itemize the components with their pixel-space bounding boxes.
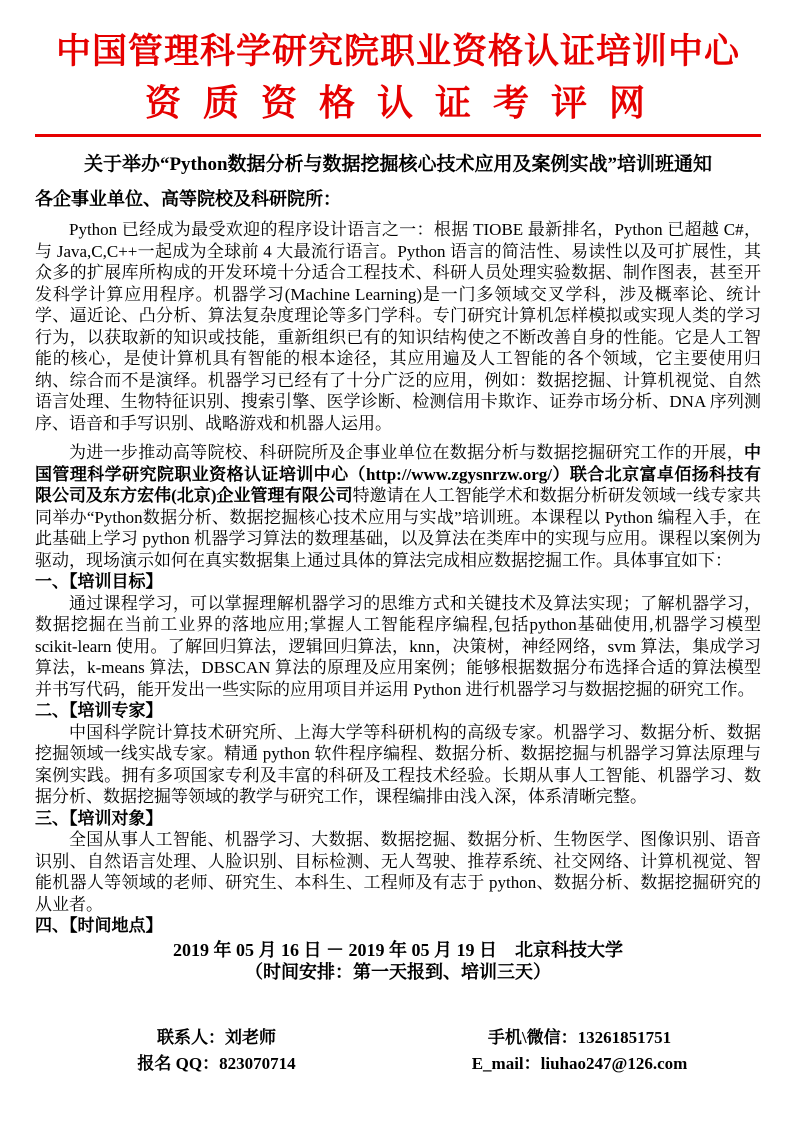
section-training-experts: 二、【培训专家】 中国科学院计算技术研究所、上海大学等科研机构的高级专家。机器学… <box>35 700 761 808</box>
schedule-date-line: 2019 年 05 月 16 日 － 2019 年 05 月 19 日 北京科技… <box>35 939 761 961</box>
section-body-training-experts: 中国科学院计算技术研究所、上海大学等科研机构的高级专家。机器学习、数据分析、数据… <box>35 722 761 808</box>
notice-title: 关于举办“Python数据分析与数据挖掘核心技术应用及案例实战”培训班通知 <box>35 153 761 177</box>
site-title: 资 质 资 格 认 证 考 评 网 <box>35 78 761 128</box>
section-training-audience: 三、【培训对象】 全国从事人工智能、机器学习、大数据、数据挖掘、数据分析、生物医… <box>35 808 761 916</box>
section-heading-training-audience: 三、【培训对象】 <box>35 808 761 830</box>
contact-qq: 报名 QQ：823070714 <box>35 1051 398 1077</box>
section-heading-time-location: 四、【时间地点】 <box>35 915 761 937</box>
section-body-training-audience: 全国从事人工智能、机器学习、大数据、数据挖掘、数据分析、生物医学、图像识别、语音… <box>35 829 761 915</box>
section-time-location: 四、【时间地点】 2019 年 05 月 16 日 － 2019 年 05 月 … <box>35 915 761 983</box>
letterhead: 中国管理科学研究院职业资格认证培训中心 资 质 资 格 认 证 考 评 网 <box>35 26 761 137</box>
intro-paragraph: Python 已经成为最受欢迎的程序设计语言之一：根据 TIOBE 最新排名，P… <box>35 219 761 434</box>
organizer-paragraph: 为进一步推动高等院校、科研院所及企事业单位在数据分析与数据挖掘研究工作的开展，中… <box>35 442 761 571</box>
organizer-paragraph-pre: 为进一步推动高等院校、科研院所及企事业单位在数据分析与数据挖掘研究工作的开展， <box>69 443 744 462</box>
section-body-training-goals: 通过课程学习，可以掌握理解机器学习的思维方式和关键技术及算法实现；了解机器学习，… <box>35 593 761 701</box>
section-heading-training-goals: 一、【培训目标】 <box>35 571 761 593</box>
contact-person: 联系人：刘老师 <box>35 1025 398 1051</box>
section-training-goals: 一、【培训目标】 通过课程学习，可以掌握理解机器学习的思维方式和关键技术及算法实… <box>35 571 761 700</box>
salutation: 各企事业单位、高等院校及科研院所： <box>35 188 761 211</box>
header-divider <box>35 134 761 137</box>
contact-col-right: 手机\微信：13261851751 E_mail：liuhao247@126.c… <box>398 1025 761 1077</box>
org-title: 中国管理科学研究院职业资格认证培训中心 <box>35 26 761 78</box>
intro-paragraph-text: Python 已经成为最受欢迎的程序设计语言之一：根据 TIOBE 最新排名，P… <box>35 220 761 433</box>
contact-phone-wechat: 手机\微信：13261851751 <box>398 1025 761 1051</box>
section-heading-training-experts: 二、【培训专家】 <box>35 700 761 722</box>
document-page: 中国管理科学研究院职业资格认证培训中心 资 质 资 格 认 证 考 评 网 关于… <box>0 0 793 1122</box>
contact-col-left: 联系人：刘老师 报名 QQ：823070714 <box>35 1025 398 1077</box>
contact-block: 联系人：刘老师 报名 QQ：823070714 手机\微信：1326185175… <box>35 1025 761 1077</box>
contact-email: E_mail：liuhao247@126.com <box>398 1051 761 1077</box>
schedule-note-line: （时间安排：第一天报到、培训三天） <box>35 961 761 983</box>
